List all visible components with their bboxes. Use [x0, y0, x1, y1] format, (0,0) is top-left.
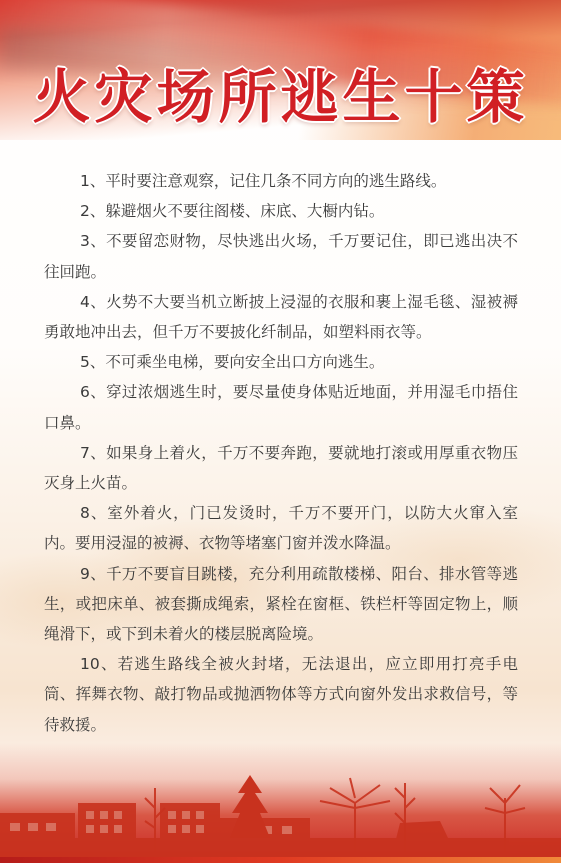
tip-item-9: 9、千万不要盲目跳楼，充分利用疏散楼梯、阳台、排水管等逃生，或把床单、被套撕成绳… — [44, 559, 518, 650]
tip-item-5: 5、不可乘坐电梯，要向安全出口方向逃生。 — [44, 347, 518, 377]
tip-item-7: 7、如果身上着火，千万不要奔跑，要就地打滚或用厚重衣物压灭身上火苗。 — [44, 438, 518, 498]
poster-title: 火灾场所逃生十策 — [0, 62, 561, 132]
tip-item-10: 10、若逃生路线全被火封堵，无法退出，应立即用打亮手电筒、挥舞衣物、敲打物品或抛… — [44, 649, 518, 740]
tip-item-4: 4、火势不大要当机立断披上浸湿的衣服和裹上湿毛毯、湿被褥勇敢地冲出去，但千万不要… — [44, 287, 518, 347]
skyline-silhouette-icon — [0, 773, 561, 863]
bottom-bar — [0, 857, 561, 863]
tip-item-1: 1、平时要注意观察，记住几条不同方向的逃生路线。 — [44, 166, 518, 196]
tip-item-8: 8、室外着火，门已发烫时，千万不要开门，以防大火窜入室内。要用浸湿的被褥、衣物等… — [44, 498, 518, 558]
fire-escape-poster: 火灾场所逃生十策 1、平时要注意观察，记住几条不同方向的逃生路线。 2、躲避烟火… — [0, 0, 561, 863]
tip-item-2: 2、躲避烟火不要往阁楼、床底、大橱内钻。 — [44, 196, 518, 226]
tip-item-3: 3、不要留恋财物，尽快逃出火场，千万要记住，即已逃出决不往回跑。 — [44, 226, 518, 286]
tip-item-6: 6、穿过浓烟逃生时，要尽量使身体贴近地面，并用湿毛巾捂住口鼻。 — [44, 377, 518, 437]
footer-band — [0, 743, 561, 863]
tips-list: 1、平时要注意观察，记住几条不同方向的逃生路线。 2、躲避烟火不要往阁楼、床底、… — [44, 166, 518, 740]
